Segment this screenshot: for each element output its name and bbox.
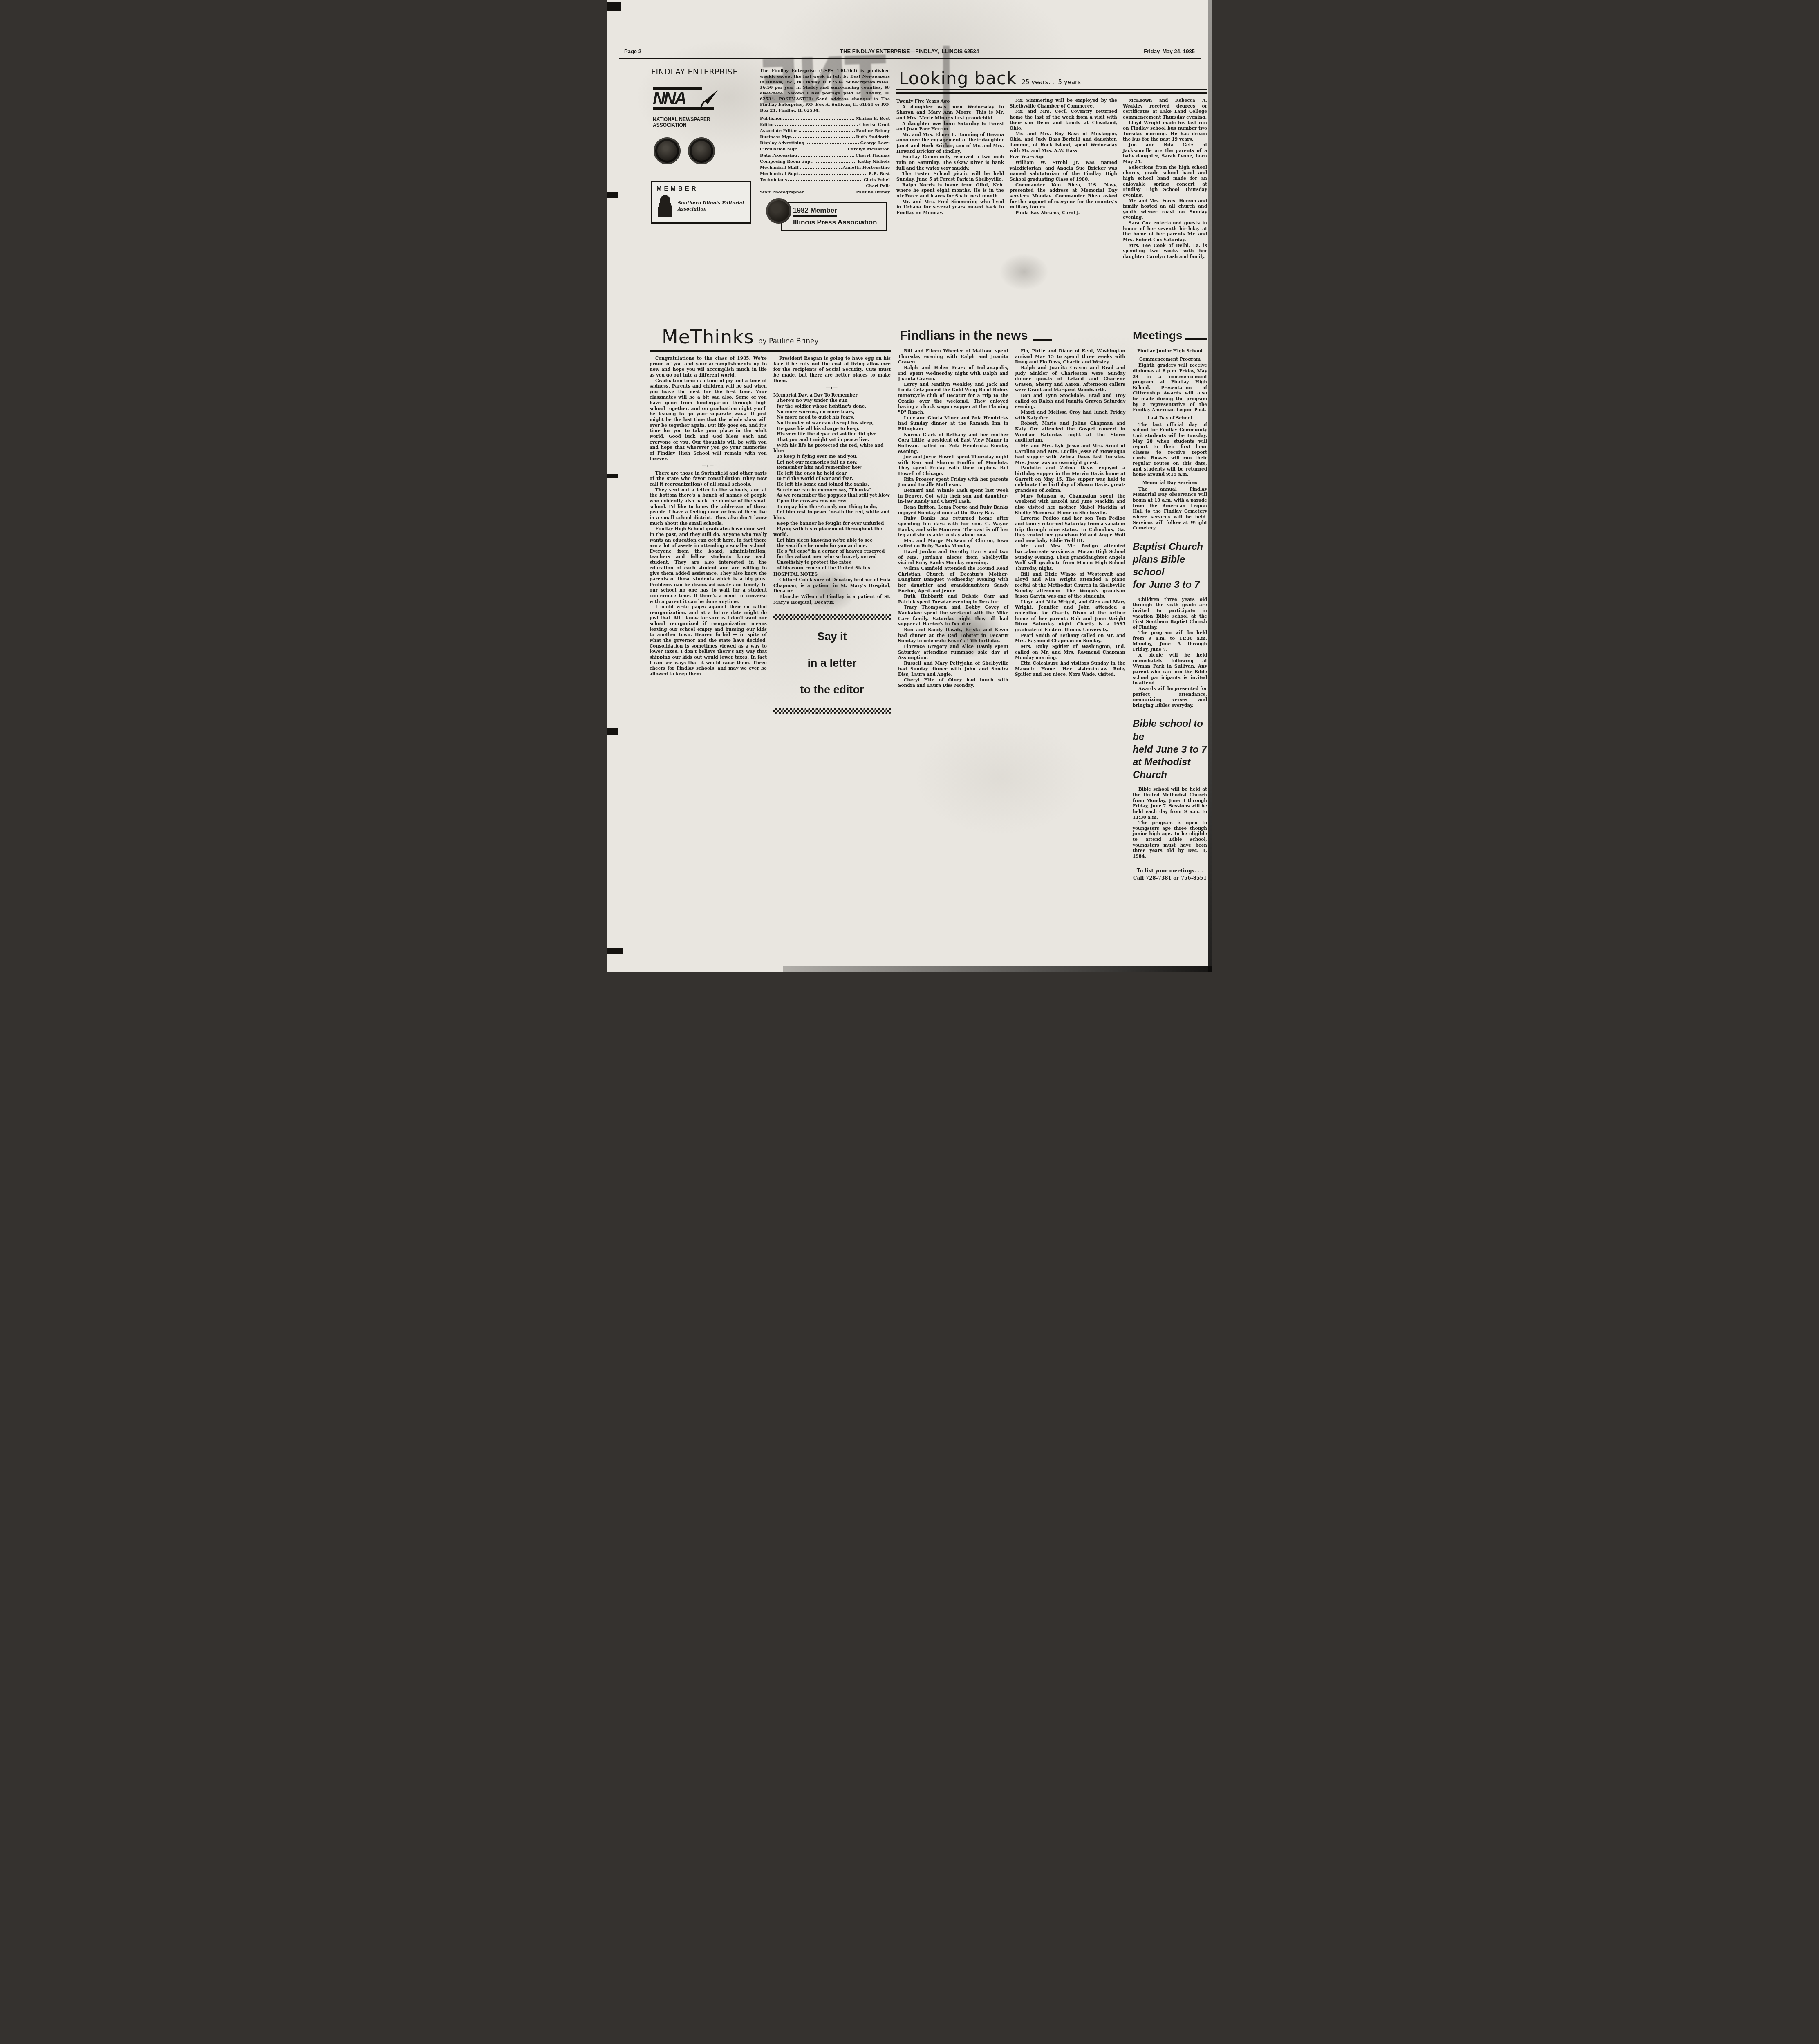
- paragraph: Tracy Thompson and Bobby Covey of Kankak…: [898, 605, 1008, 628]
- paragraph: Laverne Pedigo and her son Tom Pedigo an…: [1015, 516, 1125, 544]
- press-association-badge: 1982 Member Illinois Press Association: [781, 202, 887, 231]
- staff-row: Staff PhotographerPauline Briney: [760, 189, 890, 195]
- paragraph: I could write pages against their so cal…: [650, 605, 767, 677]
- paragraph: Surely we can in memory say, "Thanks": [773, 488, 891, 493]
- paragraph: Flying with his replacement throughout t…: [773, 527, 891, 538]
- paragraph: Ralph Norris is home from Offut, Neb. wh…: [896, 183, 1004, 199]
- letter-ad-line: Say it: [773, 630, 891, 643]
- checker-border: [773, 614, 891, 620]
- paragraph: Findlay High School graduates have done …: [650, 527, 767, 605]
- section-rule: [650, 350, 891, 352]
- paragraph: Commander Ken Rhea, U.S. Navy, presented…: [1010, 183, 1117, 211]
- paragraph: Let him sleep knowing we're able to see: [773, 538, 891, 544]
- paragraph: Hazel Jordan and Dorothy Harris and two …: [898, 549, 1008, 566]
- staff-row: Cheri Polk: [760, 183, 890, 189]
- sub-heading: Memorial Day, a Day To Remember: [773, 393, 891, 399]
- pen-nib-icon: [700, 89, 719, 108]
- member-box: MEMBER Southern Illinois Editorial Assoc…: [651, 181, 751, 224]
- paragraph: William W. Strohl Jr. was named valedict…: [1010, 160, 1117, 183]
- paragraph: Upon the crosses row on row.: [773, 499, 891, 504]
- scan-mark: [607, 192, 618, 198]
- meetings-contact-note: To list your meetings. . . Call 728-7381…: [1133, 867, 1207, 882]
- paragraph: No thunder of war can disrupt his sleep,: [773, 421, 891, 426]
- contest-seal-icon: [688, 137, 715, 164]
- looking-back-subtitle: 25 years. . .5 years: [1022, 78, 1081, 86]
- paragraph: Don and Lynn Stockdale, Brad and Troy ca…: [1015, 393, 1125, 410]
- staff-row: Circulation Mgr.Carolyn McHatton: [760, 146, 890, 152]
- paragraph: the sacrifice he made for you and me.: [773, 543, 891, 549]
- right-rail: Meetings Findlay Junior High SchoolComme…: [1133, 326, 1207, 972]
- paragraph: He's "at ease" in a corner of heaven res…: [773, 549, 891, 555]
- paragraph: Congratulations to the class of 1985. We…: [650, 356, 767, 379]
- paragraph: Unselfishly to protect the fates: [773, 560, 891, 566]
- ink-transfer-bar: [943, 46, 950, 148]
- sub-heading: Twenty Five Years Ago: [896, 99, 1004, 105]
- paragraph: Mrs. Lee Cook of Delhi, La. is spending …: [1123, 243, 1207, 260]
- paragraph: Mr. and Mrs. Vic Pedigo attended baccala…: [1015, 544, 1125, 572]
- paragraph: Mr. and Mrs. Roy Bass of Muskogee, Okla.…: [1010, 132, 1117, 154]
- paragraph: Clifford Colclasure of Decatur, brother …: [773, 578, 891, 594]
- staff-row: Mechanical Supt.R.R. Best: [760, 171, 890, 177]
- paragraph: Pearl Smith of Bethany called on Mr. and…: [1015, 633, 1125, 644]
- publication-info-column: The Findlay Enterprise (USPS 190-760) is…: [760, 66, 890, 322]
- paragraph: Joe and Joyce Howell spent Thursday nigh…: [898, 455, 1008, 477]
- paragraph: He left his home and joined the ranks,: [773, 482, 891, 488]
- top-band: FINDLAY ENTERPRISE NNA NATIONAL NEWSPAPE…: [651, 66, 1207, 322]
- paragraph: Mr. and Mrs. Forest Herron and family ho…: [1123, 199, 1207, 221]
- paragraph: Ruby Banks has returned home after spend…: [898, 516, 1008, 538]
- scan-edge-shadow: [783, 966, 1212, 972]
- paragraph: President Reagan is going to have egg on…: [773, 356, 891, 384]
- paragraph: The annual Findlay Memorial Day observan…: [1133, 487, 1207, 531]
- paragraph: Findlay Community received a two inch ra…: [896, 155, 1004, 171]
- publication-statement: The Findlay Enterprise (USPS 190-760) is…: [760, 68, 890, 113]
- press-association-name: Illinois Press Association: [793, 218, 883, 226]
- paragraph: Wilma Camfield attended the Mound Road C…: [898, 566, 1008, 594]
- paragraph: Flo, Pirtle and Diane of Kent, Washingto…: [1015, 349, 1125, 365]
- sub-heading: Commencement Program: [1133, 357, 1207, 363]
- methinks-byline: by Pauline Briney: [758, 337, 819, 345]
- title-dash: [1033, 339, 1052, 341]
- paragraph: Bernard and Winnie Lash spent last week …: [898, 488, 1008, 505]
- methinks-column-2: President Reagan is going to have egg on…: [773, 356, 891, 714]
- findlians-title: Findlians in the news: [900, 328, 1028, 343]
- press-member-year: 1982 Member: [793, 206, 837, 217]
- paragraph: There's no way under the sun: [773, 398, 891, 404]
- scan-edge-shadow: [1208, 0, 1212, 972]
- running-head: Page 2 THE FINDLAY ENTERPRISE—FINDLAY, I…: [607, 0, 1212, 54]
- masthead-title: FINDLAY ENTERPRISE: [651, 67, 753, 76]
- paragraph: His very life the departed soldier did g…: [773, 432, 891, 437]
- paragraph: Mr. and Mrs. Lyle Jesse and Mrs. Arnol o…: [1015, 444, 1125, 466]
- paragraph: Selections from the high school chorus, …: [1123, 165, 1207, 199]
- baptist-article-body: Children three years old through the six…: [1133, 597, 1207, 709]
- headline-line: Bible school to be: [1133, 717, 1207, 743]
- contact-line: To list your meetings. . .: [1133, 867, 1207, 874]
- paragraph: Leroy and Marilyn Weakley and Jack and L…: [898, 382, 1008, 416]
- staff-row: PublisherMarion E. Best: [760, 116, 890, 122]
- staff-row: TechniciansChris Eckel: [760, 177, 890, 183]
- paragraph: Lloyd Wright made his last run on Findla…: [1123, 121, 1207, 143]
- looking-back-column-3: McKeown and Rebecca A. Weakley received …: [1123, 98, 1207, 260]
- paragraph: Bible school will be held at the United …: [1133, 787, 1207, 820]
- letter-ad-line: in a letter: [773, 657, 891, 670]
- paragraph: Mr. Simmering will be employed by the Sh…: [1010, 98, 1117, 109]
- paragraph: Cheryl Hite of Olney had lunch with Sond…: [898, 678, 1008, 689]
- paragraph: Paula Kay Abrams, Carol J.: [1010, 211, 1117, 216]
- staff-row: Business Mgr.Ruth Suddarth: [760, 134, 890, 140]
- sub-heading: HOSPITAL NOTES: [773, 572, 891, 578]
- paragraph: Bill and Dixie Wingo of Westervelt and L…: [1015, 572, 1125, 600]
- paragraph: Let him rest in peace 'neath the red, wh…: [773, 510, 891, 521]
- paragraph: Remember him and remember how: [773, 465, 891, 471]
- scan-mark: [607, 474, 618, 478]
- headline-line: at Methodist Church: [1133, 756, 1207, 781]
- contest-seal-icon: [654, 137, 681, 164]
- title-rule: [1185, 338, 1207, 340]
- staff-row: Associate EditorPauline Briney: [760, 128, 890, 134]
- paragraph: The last official day of school for Find…: [1133, 422, 1207, 478]
- sub-heading: Five Years Ago: [1010, 155, 1117, 160]
- member-association-label: Southern Illinois Editorial Association: [678, 200, 746, 213]
- methinks-column-1: Congratulations to the class of 1985. We…: [650, 356, 767, 714]
- paragraph: Sara Cox entertained guests in honor of …: [1123, 221, 1207, 243]
- checker-border: [773, 708, 891, 714]
- press-seal-icon: [766, 198, 791, 224]
- methodist-bible-school-headline: Bible school to be held June 3 to 7 at M…: [1133, 717, 1207, 781]
- looking-back-column-1: Twenty Five Years AgoA daughter was born…: [896, 98, 1004, 260]
- paragraph: to rid the world of war and fear.: [773, 476, 891, 482]
- member-label: MEMBER: [656, 185, 746, 192]
- paragraph: As we remember the poppies that still ye…: [773, 493, 891, 499]
- scan-mark: [607, 728, 618, 735]
- paragraph: No more worries, no more tears,: [773, 410, 891, 415]
- meetings-list: Findlay Junior High SchoolCommencement P…: [1133, 349, 1207, 531]
- paragraph: Awards will be presented for perfect att…: [1133, 686, 1207, 709]
- paragraph: Mr. and Mrs. Cecil Coventry returned hom…: [1010, 109, 1117, 132]
- paragraph: No more need to quiet his fears.: [773, 415, 891, 421]
- paragraph: McKeown and Rebecca A. Weakley received …: [1123, 98, 1207, 121]
- baptist-bible-school-headline: Baptist Church plans Bible school for Ju…: [1133, 540, 1207, 592]
- findlians-section: Findlians in the news Bill and Eileen Wh…: [898, 326, 1125, 972]
- paragraph: With his life he protected the red, whit…: [773, 443, 891, 454]
- meetings-title: Meetings: [1133, 329, 1182, 342]
- paragraph: They sent out a letter to the schools, a…: [650, 488, 767, 527]
- paragraph: Blanche Wilson of Findlay is a patient o…: [773, 594, 891, 605]
- paragraph: The Foster School picnic will be held Su…: [896, 171, 1004, 182]
- paragraph: Keep the banner he fought for ever unfur…: [773, 521, 891, 527]
- masthead: FINDLAY ENTERPRISE NNA NATIONAL NEWSPAPE…: [651, 66, 753, 322]
- contact-phone: Call 728-7381 or 756-8551: [1133, 874, 1207, 882]
- staff-row: Display AdvertisingGeorge Lozzi: [760, 140, 890, 146]
- paragraph: Ben and Sandy Dawdy, Krista and Kevin ha…: [898, 628, 1008, 644]
- paragraph: Ralph and Helen Fears of Indianapolis, I…: [898, 365, 1008, 382]
- paragraph: Graduation time is a time of joy and a t…: [650, 379, 767, 462]
- paragraph: A picnic will be held immediately follow…: [1133, 653, 1207, 686]
- looking-back-title: Looking back: [899, 68, 1017, 88]
- newspaper-page: TNE Page 2 THE FINDLAY ENTERPRISE—FINDLA…: [607, 0, 1212, 972]
- paragraph: Paulette and Zelma Davis enjoyed a birth…: [1015, 466, 1125, 493]
- newspaper-name-line: THE FINDLAY ENTERPRISE—FINDLAY, ILLINOIS…: [607, 48, 1212, 54]
- headline-line: held June 3 to 7: [1133, 743, 1207, 756]
- paragraph: Rena Britton, Lema Pogue and Ruby Banks …: [898, 505, 1008, 516]
- paragraph: Jim and Rita Getz of Jacksonville are th…: [1123, 143, 1207, 165]
- paragraph: Norma Clark of Bethany and her mother Co…: [898, 433, 1008, 455]
- paragraph: of his countrymen of the United States.: [773, 566, 891, 572]
- paragraph: Mr. and Mrs. Fred Simmering who lived in…: [896, 199, 1004, 216]
- paragraph: There are those in Springfield and other…: [650, 471, 767, 488]
- paragraph: Florence Gregory and Alice Dawdy spent S…: [898, 644, 1008, 661]
- paragraph: Ruth Hubbartt and Debbie Carr and Patric…: [898, 594, 1008, 605]
- paragraph: Russell and Mary Pettyjohn of Shelbyvill…: [898, 661, 1008, 678]
- paragraph: for the valiant men who so bravely serve…: [773, 554, 891, 560]
- paragraph: Let not our memories fail us now,: [773, 460, 891, 466]
- paragraph: for the soldier whose fighting's done.: [773, 404, 891, 410]
- staff-row: Composing Room Supt.Kathy Nichols: [760, 159, 890, 165]
- main-band: MeThinks by Pauline Briney Congratulatio…: [650, 326, 1207, 972]
- paragraph: Lucy and Gloria Miner and Zola Hendricks…: [898, 416, 1008, 433]
- paragraph: Marci and Melissa Croy had lunch Friday …: [1015, 410, 1125, 421]
- paragraph: Mac and Marge McKean of Clinton, Iowa ca…: [898, 538, 1008, 549]
- methinks-title: MeThinks: [662, 326, 754, 348]
- findlians-column-1: Bill and Eileen Wheeler of Mattoon spent…: [898, 349, 1008, 689]
- staff-list: PublisherMarion E. BestEditorCherise Cru…: [760, 116, 890, 195]
- editor-bust-icon: [656, 195, 674, 217]
- staff-row: EditorCherise Cruit: [760, 122, 890, 128]
- nna-association-label: NATIONAL NEWSPAPER ASSOCIATION: [653, 117, 722, 128]
- headline-line: Baptist Church: [1133, 540, 1207, 553]
- paragraph: A daughter was born Saturday to Forest a…: [896, 121, 1004, 132]
- paragraph: Mr. and Mrs. Elmer E. Banning of Oreana …: [896, 132, 1004, 155]
- staff-row: Data ProcessingCheryl Thomas: [760, 152, 890, 159]
- paragraph: He left the ones he held dear: [773, 471, 891, 477]
- findlians-column-2: Flo, Pirtle and Diane of Kent, Washingto…: [1015, 349, 1125, 689]
- paragraph: The program will be held from 9 a.m. to …: [1133, 630, 1207, 653]
- letter-ad-line: to the editor: [773, 684, 891, 696]
- paragraph: Bill and Eileen Wheeler of Mattoon spent…: [898, 349, 1008, 365]
- scan-mark: [607, 948, 623, 954]
- methodist-article-body: Bible school will be held at the United …: [1133, 787, 1207, 859]
- paragraph: Rita Prosser spent Friday with her paren…: [898, 477, 1008, 488]
- letter-to-editor-ad: Say it in a letter to the editor: [773, 614, 891, 714]
- paragraph: Mary Johnson of Champaign spent the week…: [1015, 494, 1125, 516]
- looking-back-column-2: Mr. Simmering will be employed by the Sh…: [1010, 98, 1117, 260]
- award-badges: [654, 137, 753, 164]
- paragraph: —:—: [773, 385, 891, 391]
- nna-logo-icon: NNA: [653, 87, 722, 113]
- sub-heading: Findlay Junior High School: [1133, 349, 1207, 354]
- paragraph: Lloyd and Nita Wright, and Glen and Mary…: [1015, 600, 1125, 633]
- paragraph: Children three years old through the six…: [1133, 597, 1207, 631]
- paragraph: Robert, Marie and Joline Chapman and Kat…: [1015, 421, 1125, 444]
- paragraph: He gave his all his charge to keep.: [773, 426, 891, 432]
- paragraph: A daughter was born Wednesday to Sharon …: [896, 105, 1004, 121]
- paragraph: Eighth graders will receive diplomas at …: [1133, 363, 1207, 413]
- methinks-section: MeThinks by Pauline Briney Congratulatio…: [650, 326, 891, 972]
- header-rule: [619, 58, 1201, 59]
- paragraph: The program is open to youngsters age th…: [1133, 820, 1207, 859]
- paragraph: Mrs. Ruby Spitler of Washington, Ind. ca…: [1015, 644, 1125, 661]
- nna-letters: NNA: [653, 89, 685, 108]
- staff-row: Mechanical StaffAnnetta Hortenstine: [760, 165, 890, 171]
- paragraph: Etta Colcalsure had visitors Sunday in t…: [1015, 661, 1125, 678]
- headline-line: plans Bible school: [1133, 553, 1207, 578]
- paragraph: To repay him there's only one thing to d…: [773, 504, 891, 510]
- paragraph: To keep it flying over me and you.: [773, 454, 891, 460]
- sub-heading: Memorial Day Services: [1133, 480, 1207, 486]
- methinks-column-2-text: President Reagan is going to have egg on…: [773, 356, 891, 605]
- paragraph: Ralph and Juanita Graven and Brad and Ju…: [1015, 365, 1125, 393]
- headline-line: for June 3 to 7: [1133, 578, 1207, 591]
- paragraph: That you and I might yet in peace live.: [773, 437, 891, 443]
- paragraph: —:—: [650, 464, 767, 469]
- sub-heading: Last Day of School: [1133, 416, 1207, 421]
